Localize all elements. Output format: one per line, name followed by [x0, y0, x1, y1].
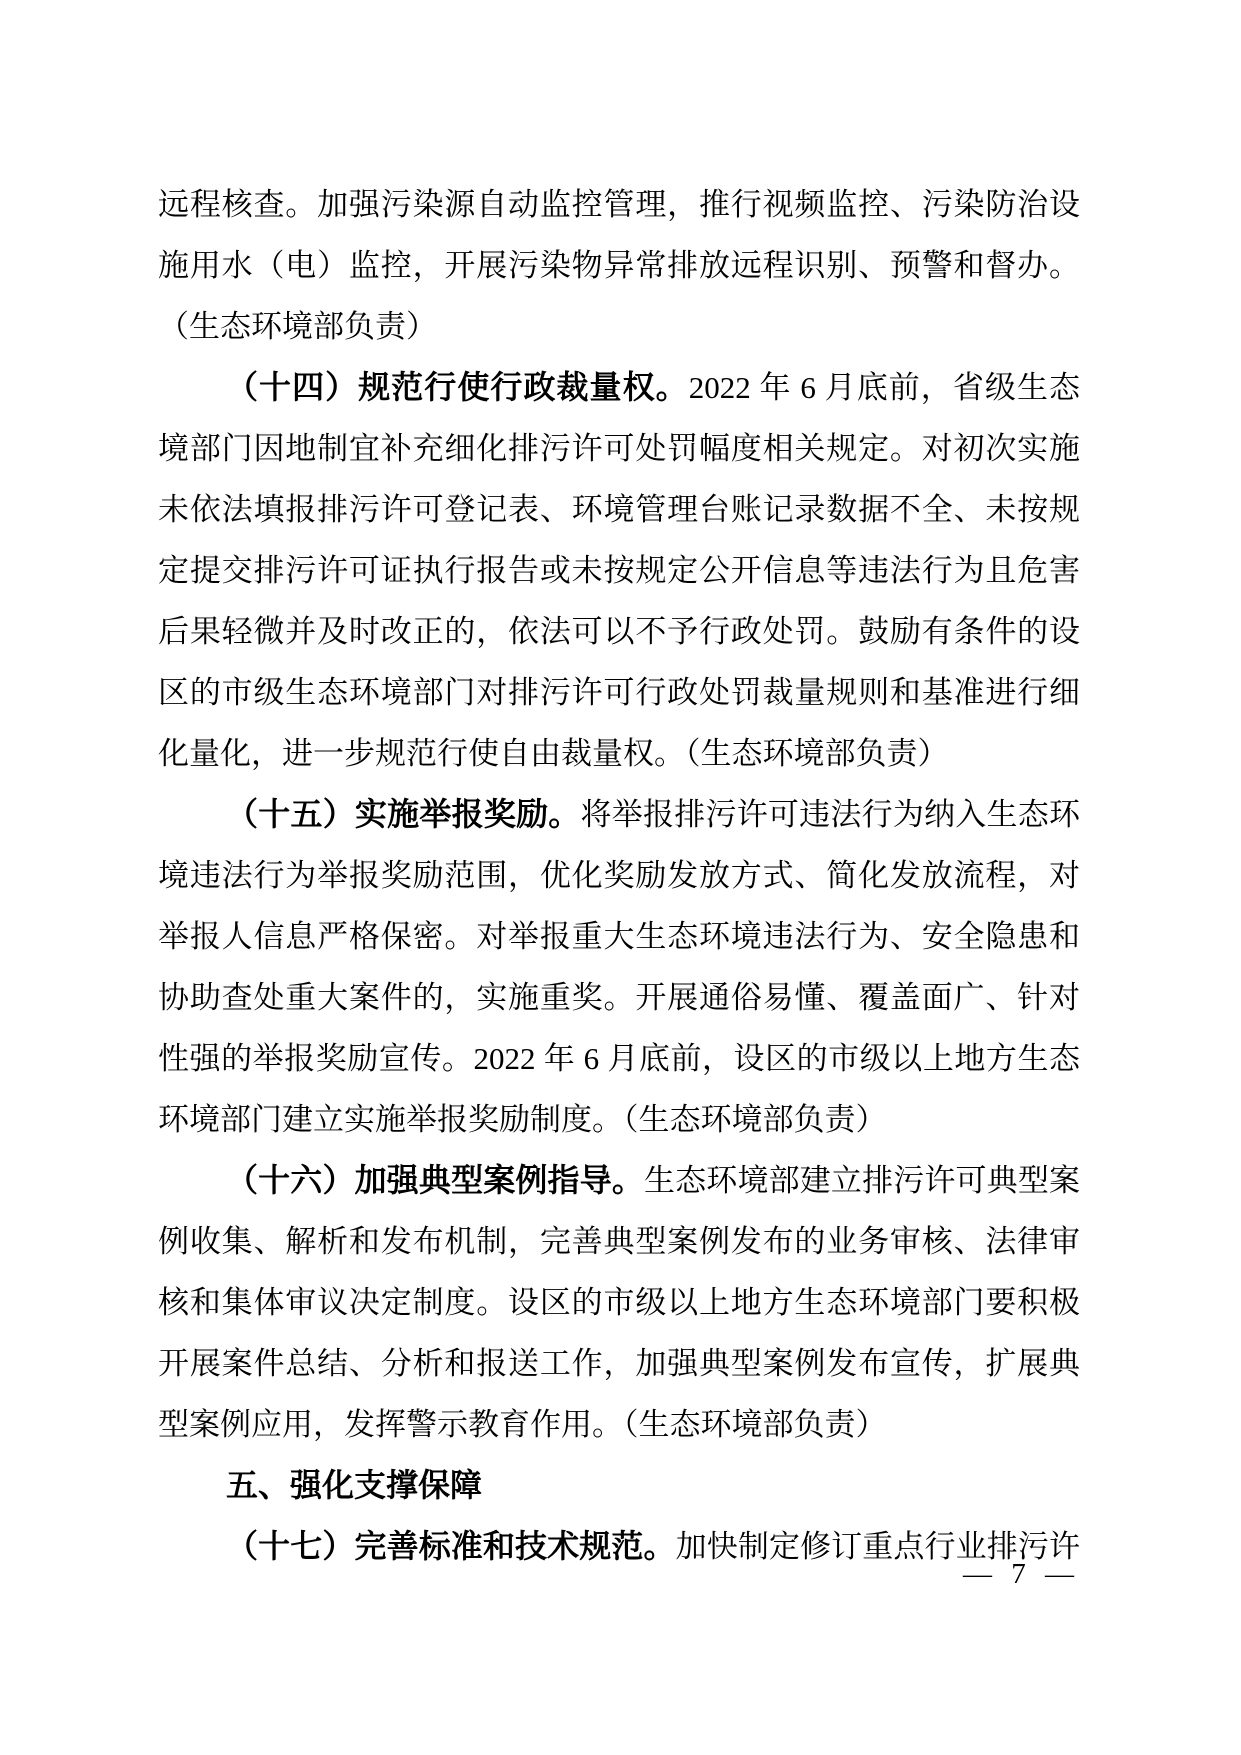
line-text: 远程核查。加强污染源自动监控管理，推行视频监控、污染防治设: [158, 187, 1080, 222]
document-body: 远程核查。加强污染源自动监控管理，推行视频监控、污染防治设 施用水（电）监控，开…: [158, 174, 1080, 1577]
text-line: 未依法填报排污许可登记表、环境管理台账记录数据不全、未按规: [158, 479, 1080, 540]
text-line: 举报人信息严格保密。对举报重大生态环境违法行为、安全隐患和: [158, 906, 1080, 967]
line-text: 协助查处重大案件的，实施重奖。开展通俗易懂、覆盖面广、针对: [158, 980, 1080, 1015]
text-line: 型案例应用，发挥警示教育作用。（生态环境部负责）: [158, 1394, 1080, 1455]
text-line: （十七）完善标准和技术规范。加快制定修订重点行业排污许: [158, 1516, 1080, 1577]
text-line: 定提交排污许可证执行报告或未按规定公开信息等违法行为且危害: [158, 540, 1080, 601]
line-text: 境违法行为举报奖励范围，优化奖励发放方式、简化发放流程，对: [158, 858, 1080, 893]
line-text: （生态环境部负责）: [158, 309, 437, 344]
line-text: 核和集体审议决定制度。设区的市级以上地方生态环境部门要积极: [158, 1285, 1080, 1320]
paragraph-heading: （十六）加强典型案例指导。: [226, 1162, 644, 1198]
text-line: 远程核查。加强污染源自动监控管理，推行视频监控、污染防治设: [158, 174, 1080, 235]
line-text: 未依法填报排污许可登记表、环境管理台账记录数据不全、未按规: [158, 492, 1080, 527]
text-line: （十五）实施举报奖励。将举报排污许可违法行为纳入生态环: [158, 784, 1080, 845]
section-heading: 五、强化支撑保障: [158, 1455, 1080, 1516]
text-line: （十四）规范行使行政裁量权。2022 年 6 月底前，省级生态环: [158, 357, 1080, 418]
text-line: 境违法行为举报奖励范围，优化奖励发放方式、简化发放流程，对: [158, 845, 1080, 906]
text-line: 后果轻微并及时改正的，依法可以不予行政处罚。鼓励有条件的设: [158, 601, 1080, 662]
text-line: 开展案件总结、分析和报送工作，加强典型案例发布宣传，扩展典: [158, 1333, 1080, 1394]
line-text: 境部门因地制宜补充细化排污许可处罚幅度相关规定。对初次实施: [158, 431, 1080, 466]
line-text: 例收集、解析和发布机制，完善典型案例发布的业务审核、法律审: [158, 1224, 1080, 1259]
section-heading-text: 五、强化支撑保障: [226, 1467, 482, 1503]
paragraph-heading: （十四）规范行使行政裁量权。: [226, 369, 689, 405]
text-line: 环境部门建立实施举报奖励制度。（生态环境部负责）: [158, 1089, 1080, 1150]
line-text: 环境部门建立实施举报奖励制度。（生态环境部负责）: [158, 1102, 887, 1137]
page-number: — 7 —: [963, 1552, 1080, 1596]
text-line: 施用水（电）监控，开展污染物异常排放远程识别、预警和督办。: [158, 235, 1080, 296]
line-text: 区的市级生态环境部门对排污许可行政处罚裁量规则和基准进行细: [158, 675, 1080, 710]
text-line: （生态环境部负责）: [158, 296, 1080, 357]
line-text: 将举报排污许可违法行为纳入生态环: [581, 797, 1080, 832]
line-text: 定提交排污许可证执行报告或未按规定公开信息等违法行为且危害: [158, 553, 1080, 588]
line-text: 性强的举报奖励宣传。2022 年 6 月底前，设区的市级以上地方生态: [158, 1041, 1080, 1076]
text-line: 境部门因地制宜补充细化排污许可处罚幅度相关规定。对初次实施: [158, 418, 1080, 479]
text-line: 协助查处重大案件的，实施重奖。开展通俗易懂、覆盖面广、针对: [158, 967, 1080, 1028]
text-line: （十六）加强典型案例指导。生态环境部建立排污许可典型案: [158, 1150, 1080, 1211]
text-line: 性强的举报奖励宣传。2022 年 6 月底前，设区的市级以上地方生态: [158, 1028, 1080, 1089]
line-text: 开展案件总结、分析和报送工作，加强典型案例发布宣传，扩展典: [158, 1346, 1080, 1381]
line-text: 生态环境部建立排污许可典型案: [644, 1163, 1080, 1198]
text-line: 区的市级生态环境部门对排污许可行政处罚裁量规则和基准进行细: [158, 662, 1080, 723]
line-text: 施用水（电）监控，开展污染物异常排放远程识别、预警和督办。: [158, 248, 1080, 283]
paragraph-heading: （十七）完善标准和技术规范。: [226, 1528, 676, 1564]
text-line: 化量化，进一步规范行使自由裁量权。（生态环境部负责）: [158, 723, 1080, 784]
line-text: 型案例应用，发挥警示教育作用。（生态环境部负责）: [158, 1407, 887, 1442]
text-line: 核和集体审议决定制度。设区的市级以上地方生态环境部门要积极: [158, 1272, 1080, 1333]
text-line: 例收集、解析和发布机制，完善典型案例发布的业务审核、法律审: [158, 1211, 1080, 1272]
line-text: 后果轻微并及时改正的，依法可以不予行政处罚。鼓励有条件的设: [158, 614, 1080, 649]
line-text: 举报人信息严格保密。对举报重大生态环境违法行为、安全隐患和: [158, 919, 1080, 954]
paragraph-heading: （十五）实施举报奖励。: [226, 796, 581, 832]
line-text: 化量化，进一步规范行使自由裁量权。（生态环境部负责）: [158, 736, 949, 771]
